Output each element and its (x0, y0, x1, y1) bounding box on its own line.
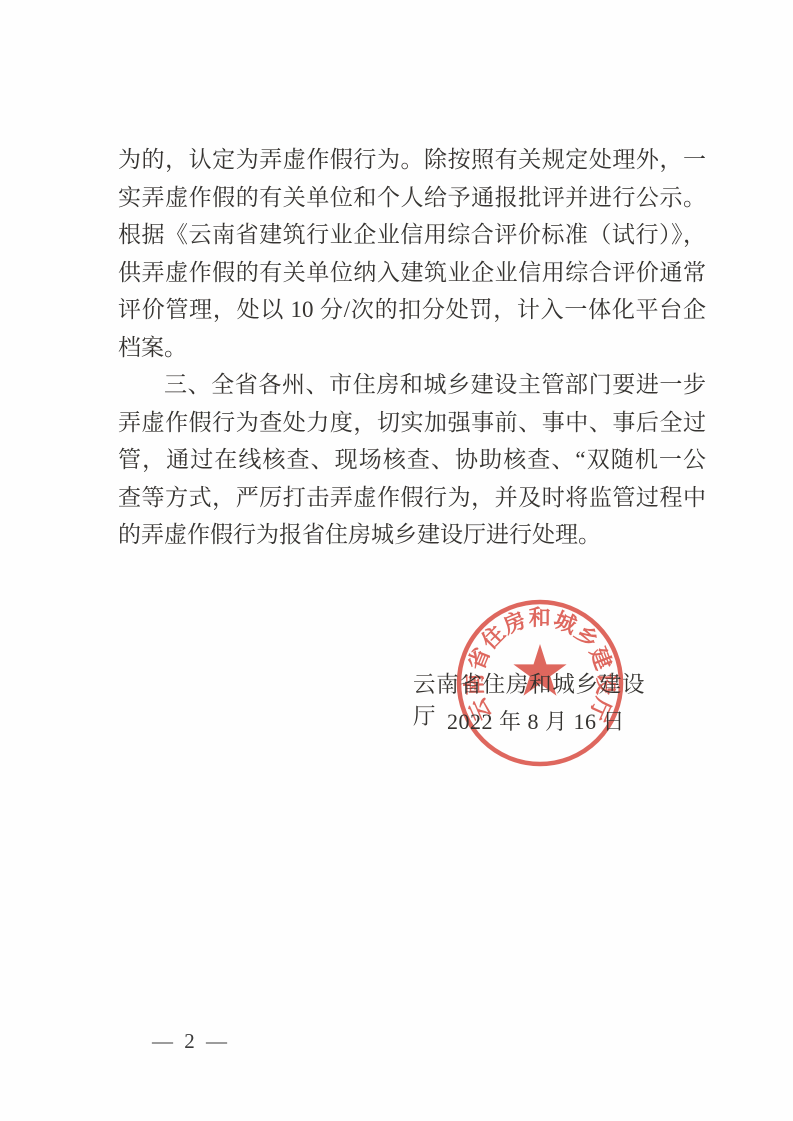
paragraph1-line-1: 为的，认定为弄虚作假行为。除按照有关规定处理外，一是查 (118, 141, 706, 179)
paragraph2-line-3: 管，通过在线核查、现场核查、协助核查、“双随机一公开”抽 (118, 441, 706, 479)
paragraph1-line-6: 档案。 (118, 329, 706, 367)
paragraph1-line-2: 实弄虚作假的有关单位和个人给予通报批评并进行公示。二是 (118, 179, 706, 217)
paragraph2-line-4: 查等方式，严厉打击弄虚作假行为，并及时将监管过程中发现 (118, 479, 706, 517)
document-body: 为的，认定为弄虚作假行为。除按照有关规定处理外，一是查 实弄虚作假的有关单位和个… (118, 141, 706, 554)
document-page: 为的，认定为弄虚作假行为。除按照有关规定处理外，一是查 实弄虚作假的有关单位和个… (0, 0, 793, 1121)
paragraph1-line-4: 供弄虚作假的有关单位纳入建筑业企业信用综合评价通常行为 (118, 254, 706, 292)
paragraph2-line-1: 三、全省各州、市住房和城乡建设主管部门要进一步加大 (118, 366, 706, 404)
paragraph1-line-3: 根据《云南省建筑行业企业信用综合评价标准（试行）》，将提 (118, 216, 706, 254)
page-number: — 2 — (152, 1029, 230, 1054)
paragraph2-line-5: 的弄虚作假行为报省住房城乡建设厅进行处理。 (118, 516, 706, 554)
paragraph1-line-5: 评价管理，处以 10 分/次的扣分处罚，计入一体化平台企业诚信 (118, 291, 706, 329)
paragraph2-line-2: 弄虚作假行为查处力度，切实加强事前、事中、事后全过程监 (118, 404, 706, 442)
signature-date: 2022 年 8 月 16 日 (447, 705, 625, 736)
